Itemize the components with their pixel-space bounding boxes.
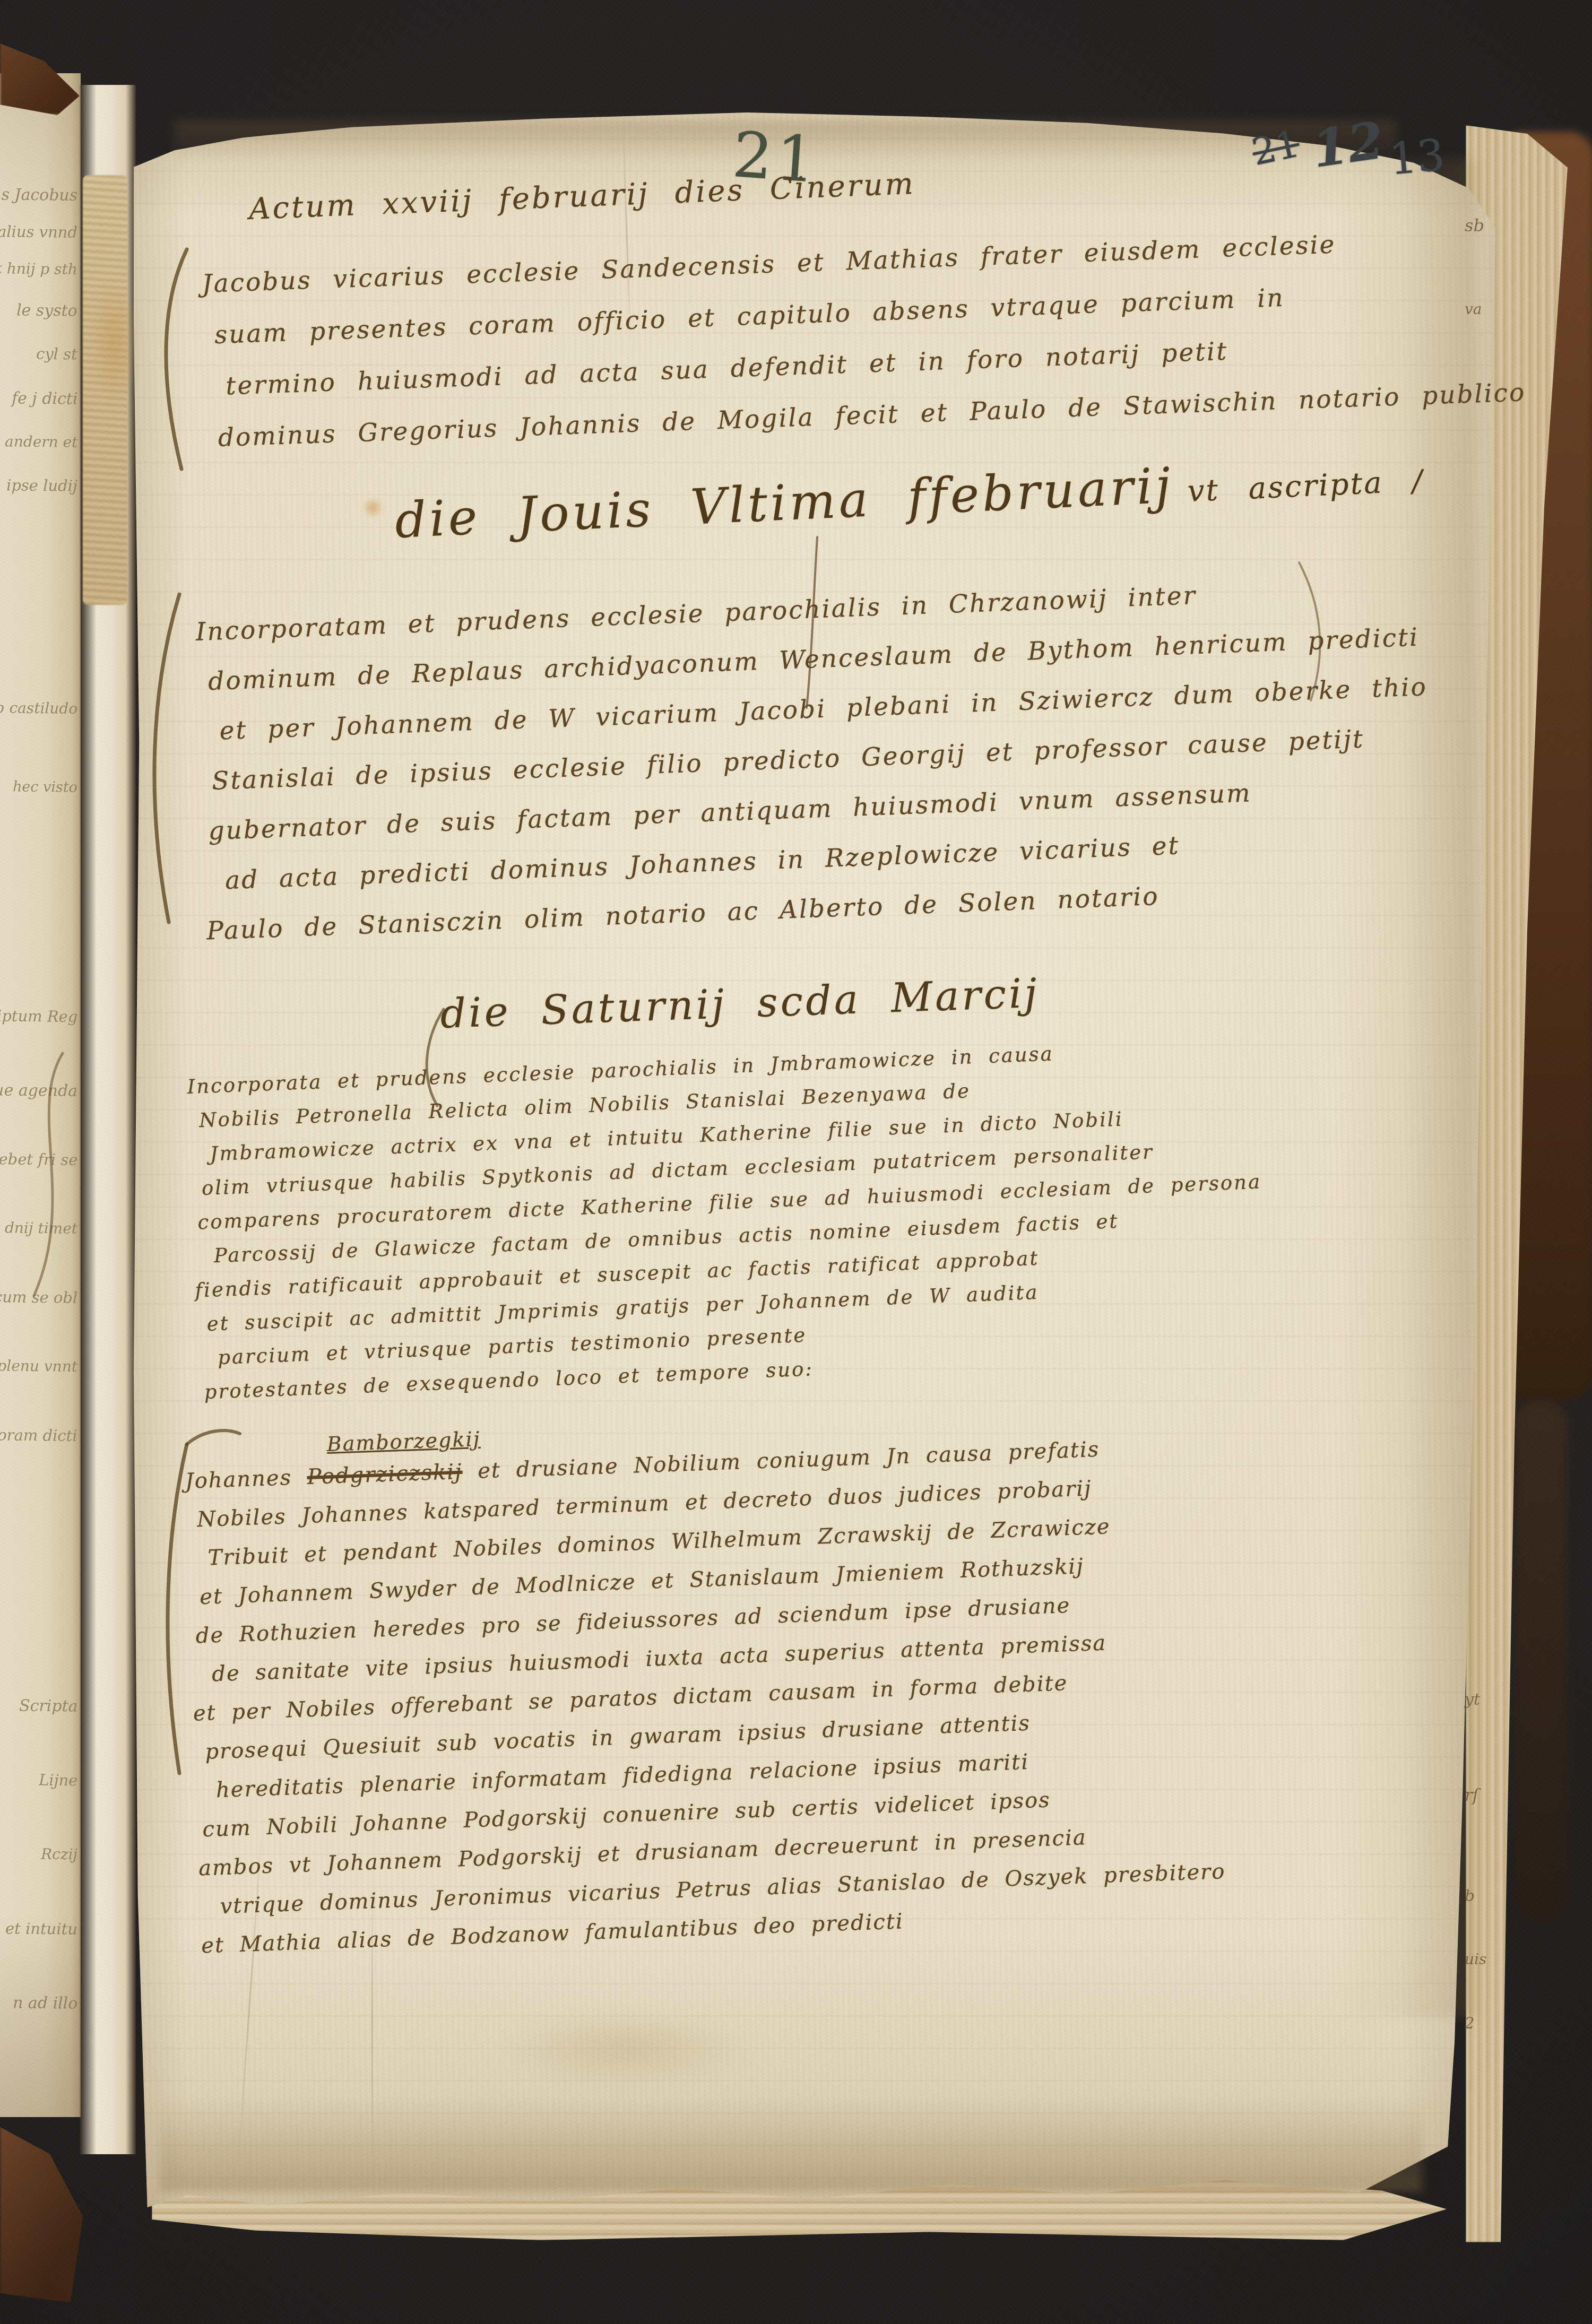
facing-text-fragment: ipse ludij [6,476,77,495]
facing-text-fragment: fe j dicti [11,389,77,408]
facing-text-fragment: hec visto [13,778,77,795]
facing-text-fragment: cyl st [36,345,77,363]
entry-paragraph-3: Incorporata et prudens ecclesie parochia… [187,1036,1269,1417]
facing-text-fragment: Rczij [41,1845,77,1863]
pencil-foliation-current: 12 [1309,110,1387,179]
facing-text-fragment: et intuitu [5,1919,77,1938]
facing-text-fragment: cum se obl [0,1288,77,1307]
gutter-repair-strip [83,175,127,605]
facing-text-fragment: ab castiludo [0,699,77,717]
facing-text-fragment: due agenda [0,1081,77,1100]
facing-text-fragment: Lijne [38,1771,77,1790]
facing-text-fragment: e plenu vnnt [0,1357,77,1375]
heading-die-jovis-tail: vt ascripta / [1187,464,1424,509]
facing-text-fragment: coram dicti [0,1426,77,1445]
entry-paragraph-4: Johannes Podgrziczskij et drusiane Nobil… [185,1435,1228,1974]
line-prefix: Johannes [185,1465,308,1494]
facing-text-fragment: S andern et [0,432,77,451]
entry-paragraph-2: Incorporatam et prudens ecclesie parochi… [195,575,1436,968]
leather-strap-top-left [0,28,80,115]
struck-word: Podgrziczskij [307,1460,463,1489]
facing-page-strip: dus Jacobus alius vnnd et hnij p sth le … [0,73,81,2117]
facing-text-fragment: le systo [16,301,77,320]
facing-text-fragment: dus Jacobus [0,185,77,205]
facing-text-fragment: Scripta [19,1696,77,1715]
leather-cover-right-lower [1516,1401,1567,1921]
leather-wedge-bottom-left [0,2112,90,2303]
facing-text-fragment: dnij timet [5,1219,77,1237]
facing-text-fragment: et hnij p sth [0,259,77,278]
facing-text-fragment: scriptum Reg [0,1007,77,1026]
manuscript-photo: dus Jacobus alius vnnd et hnij p sth le … [0,0,1592,2324]
facing-text-fragment: alius vnnd [0,222,77,241]
facing-text-fragment: n ad illo [12,1993,77,2013]
facing-text-fragment: debet fri se [0,1150,77,1169]
pencil-foliation-next: 13 [1387,130,1447,185]
